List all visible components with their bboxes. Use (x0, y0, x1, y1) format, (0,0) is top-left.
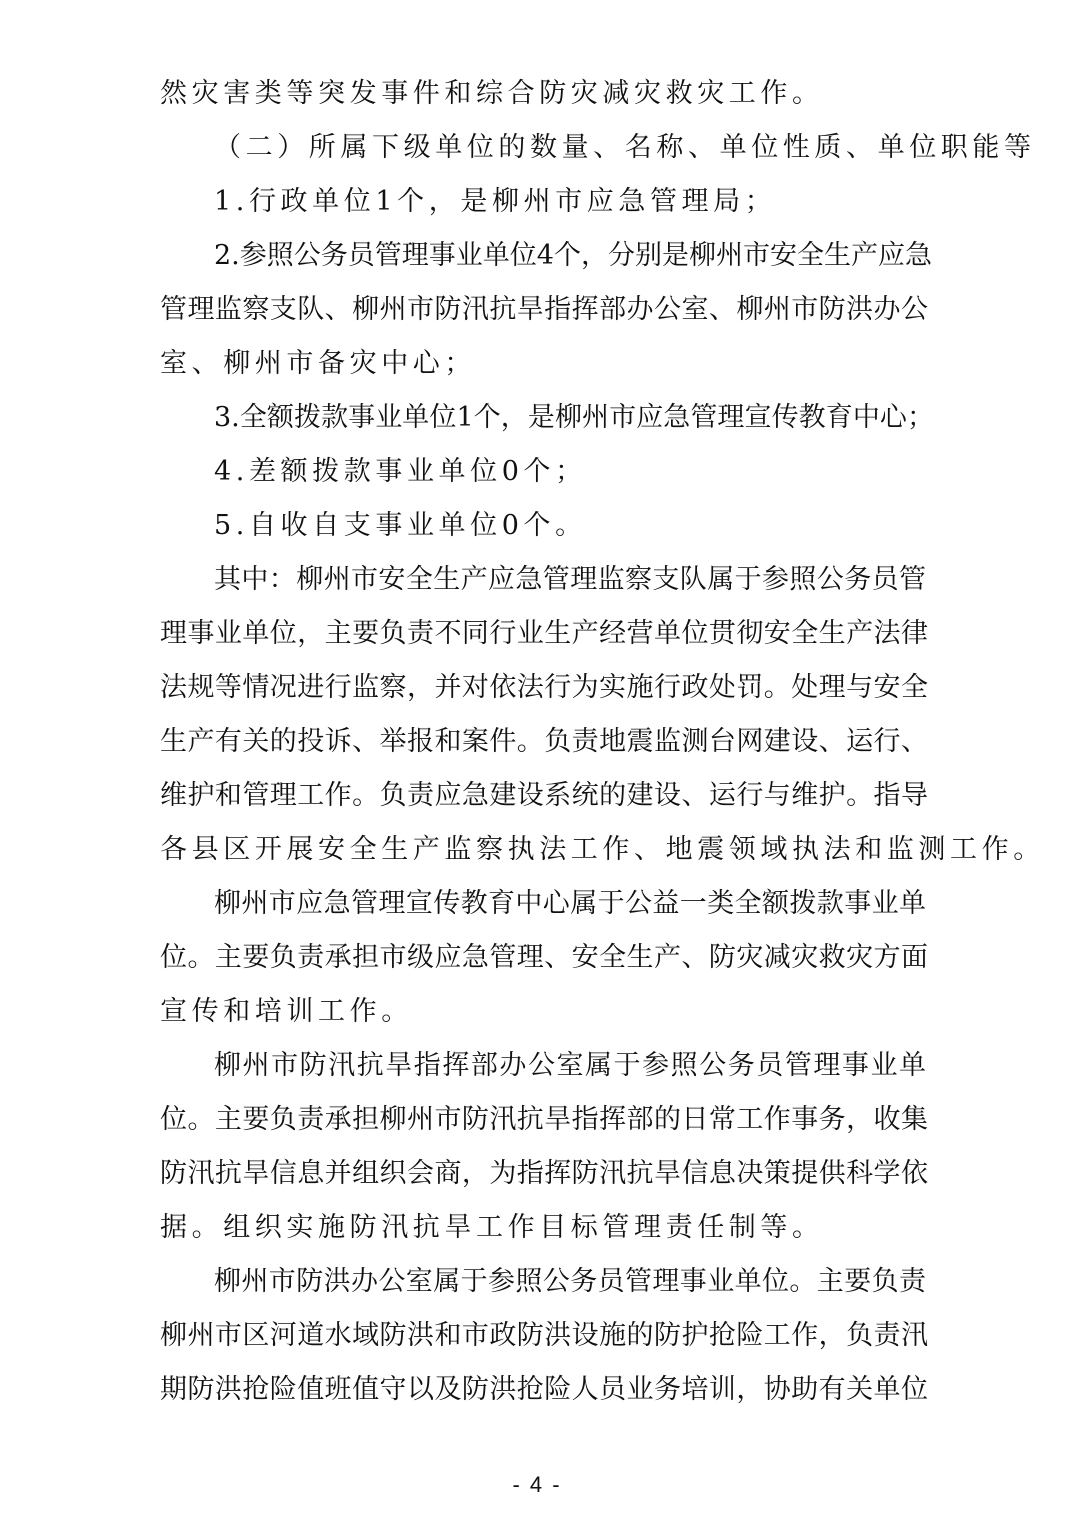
text-line: 然灾害类等突发事件和综合防灾减灾救灾工作。 (160, 74, 930, 114)
list-item: 5.自收自支事业单位0个。 (214, 506, 984, 546)
text-line: 宣传和培训工作。 (160, 992, 930, 1032)
list-item: 4.差额拨款事业单位0个； (214, 452, 984, 492)
text-line: 位。主要负责承担柳州市防汛抗旱指挥部的日常工作事务，收集 (160, 1100, 928, 1140)
list-item: 3.全额拨款事业单位1个，是柳州市应急管理宣传教育中心； (214, 398, 934, 438)
text-line: 生产有关的投诉、举报和案件。负责地震监测台网建设、运行、 (160, 722, 928, 762)
text-line: 防汛抗旱信息并组织会商，为指挥防汛抗旱信息决策提供科学依 (160, 1154, 928, 1194)
text-line: 室、柳州市备灾中心； (160, 344, 930, 384)
text-line: 期防洪抢险值班值守以及防洪抢险人员业务培训，协助有关单位 (160, 1370, 928, 1410)
text-line: 柳州市区河道水域防洪和市政防洪设施的防护抢险工作，负责汛 (160, 1316, 928, 1356)
document-page: 然灾害类等突发事件和综合防灾减灾救灾工作。 （二）所属下级单位的数量、名称、单位… (0, 0, 1074, 1520)
text-line: 理事业单位，主要负责不同行业生产经营单位贯彻安全生产法律 (160, 614, 928, 654)
text-line: 位。主要负责承担市级应急管理、安全生产、防灾减灾救灾方面 (160, 938, 928, 978)
text-line: 管理监察支队、柳州市防汛抗旱指挥部办公室、柳州市防洪办公 (160, 290, 928, 330)
text-line: 据。组织实施防汛抗旱工作目标管理责任制等。 (160, 1208, 930, 1248)
page-number: - 4 - (0, 1472, 1074, 1498)
text-line: 各县区开展安全生产监察执法工作、地震领域执法和监测工作。 (160, 830, 930, 870)
list-item: 1.行政单位1个，是柳州市应急管理局； (214, 182, 984, 222)
paragraph-start: 柳州市防汛抗旱指挥部办公室属于参照公务员管理事业单 (214, 1046, 926, 1086)
paragraph-start: 柳州市防洪办公室属于参照公务员管理事业单位。主要负责 (214, 1262, 926, 1302)
text-line: 维护和管理工作。负责应急建设系统的建设、运行与维护。指导 (160, 776, 928, 816)
section-heading: （二）所属下级单位的数量、名称、单位性质、单位职能等 (214, 128, 984, 168)
list-item: 2.参照公务员管理事业单位4个，分别是柳州市安全生产应急 (214, 236, 930, 276)
paragraph-start: 其中：柳州市安全生产应急管理监察支队属于参照公务员管 (214, 560, 926, 600)
paragraph-start: 柳州市应急管理宣传教育中心属于公益一类全额拨款事业单 (214, 884, 926, 924)
text-line: 法规等情况进行监察，并对依法行为实施行政处罚。处理与安全 (160, 668, 928, 708)
